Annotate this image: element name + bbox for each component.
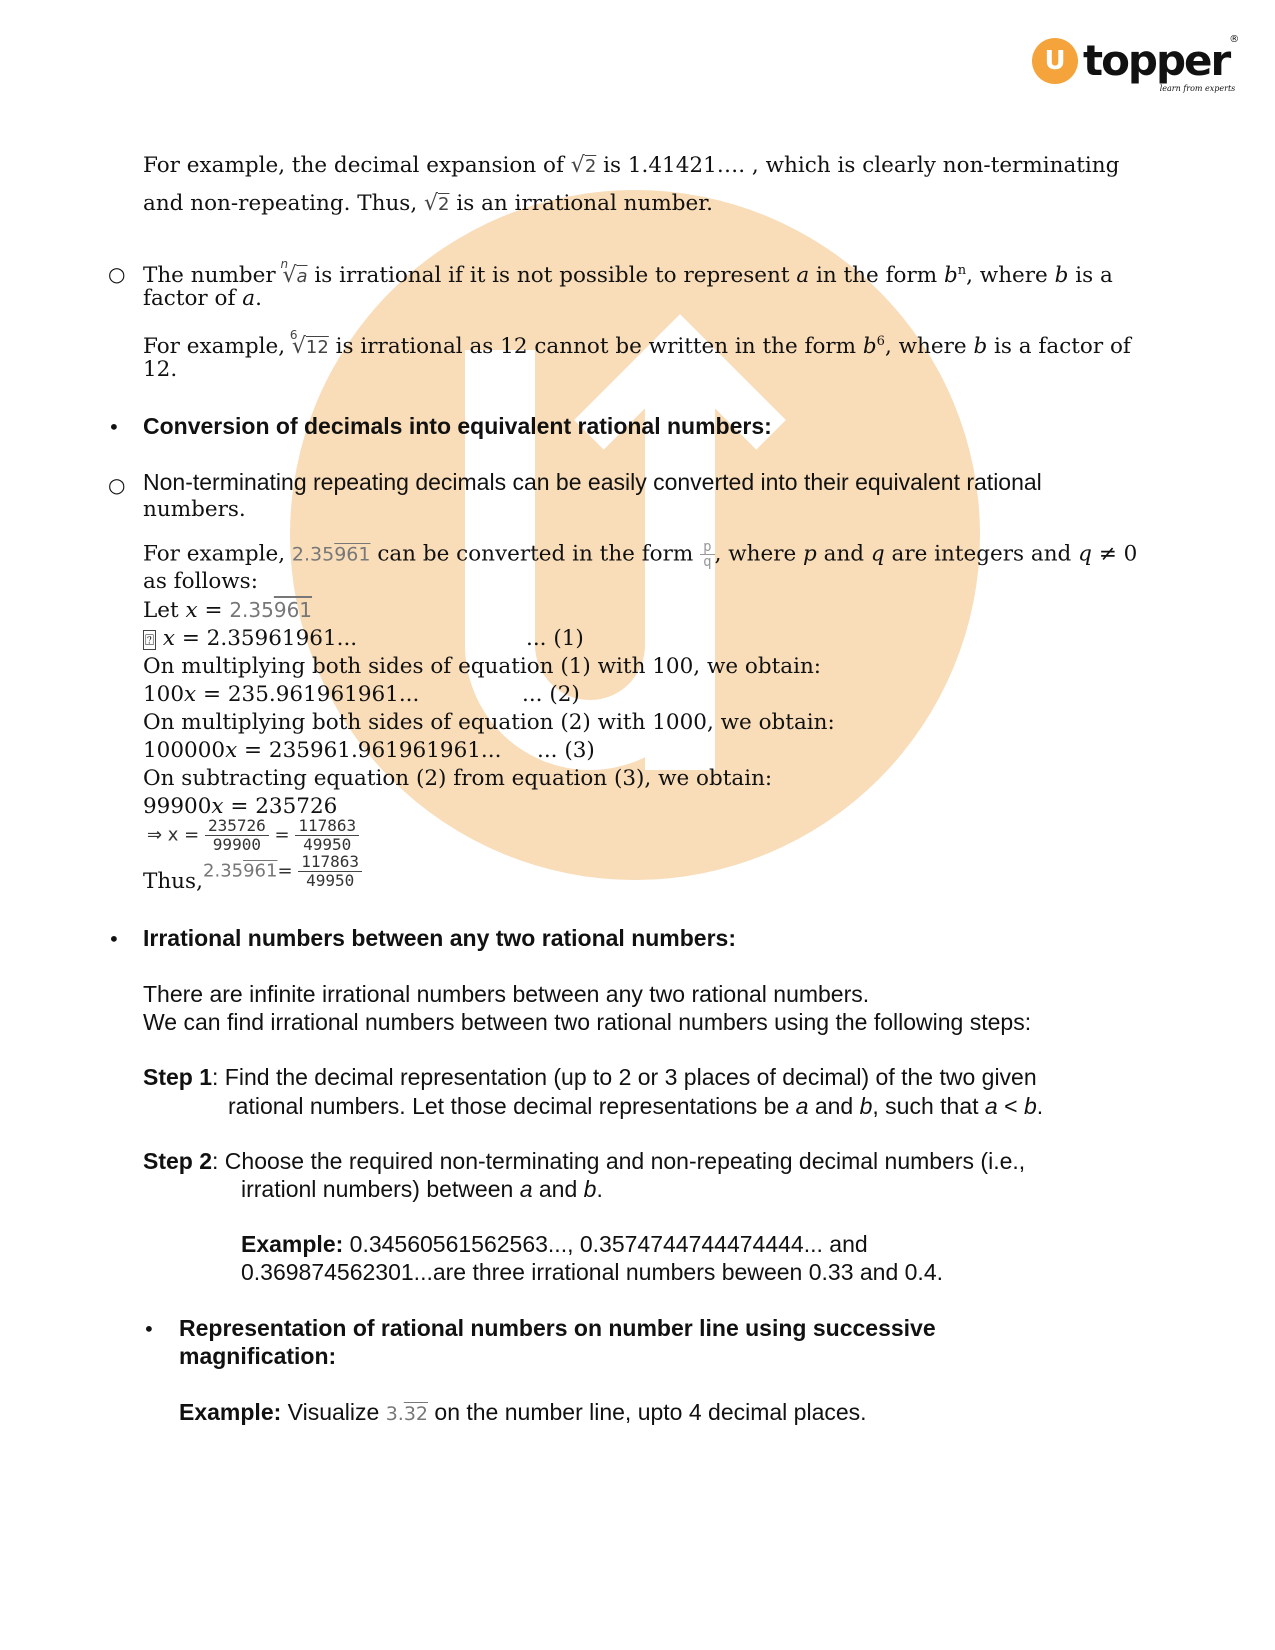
section-heading-irrational-between: Irrational numbers between any two ratio…: [143, 924, 736, 952]
multiply-1000-line: On multiplying both sides of equation (2…: [143, 709, 835, 737]
u-arrow-icon: U: [1032, 38, 1078, 84]
nth-root-line1: The number n√a is irrational if it is no…: [143, 257, 1113, 291]
section-heading-representation-line2: magnification:: [179, 1342, 336, 1370]
equation-3-line: 100000x = 235961.961961961...: [143, 737, 501, 765]
fraction-235726-99900: 23572699900: [205, 817, 269, 854]
logo-tagline: learn from experts: [1160, 84, 1236, 93]
final-result: 2.35961= 11786349950: [203, 853, 362, 890]
document-page: U topper ® learn from experts For exampl…: [0, 0, 1275, 1650]
nth-root-line2: factor of a.: [143, 285, 262, 313]
equation-2-line: 100x = 235.961961961...: [143, 681, 419, 709]
nth-root-a: n√a: [282, 262, 307, 291]
hollow-bullet-icon: ○: [108, 471, 125, 499]
multiply-100-line: On multiplying both sides of equation (1…: [143, 653, 821, 681]
p-over-q-fraction: pq: [700, 540, 714, 569]
visualize-example-line: Example: Visualize 3.32 on the number li…: [179, 1398, 867, 1428]
let-x-line: Let x = 2.35961: [143, 596, 312, 625]
irrational-example-line1: Example: 0.34560561562563..., 0.35747447…: [241, 1230, 868, 1258]
conversion-intro-line2: numbers.: [143, 496, 246, 524]
bullet-icon: •: [108, 413, 120, 441]
find-irrationals-line: We can find irrational numbers between t…: [143, 1008, 1031, 1036]
bullet-icon: •: [108, 925, 120, 953]
square-root-2: √2: [571, 152, 596, 181]
text: and non-repeating. Thus,: [143, 191, 424, 216]
logo-text: topper: [1083, 40, 1229, 82]
text: is 1.41421…. , which is clearly non-term…: [596, 153, 1119, 178]
hollow-bullet-icon: ○: [108, 260, 125, 288]
infinite-irrationals-line: There are infinite irrational numbers be…: [143, 980, 869, 1008]
conversion-example-line1: For example, 2.35961 can be converted in…: [143, 540, 1137, 569]
conversion-example-line2: as follows:: [143, 568, 258, 596]
step-1-line1: Step 1: Find the decimal representation …: [143, 1063, 1037, 1091]
conversion-intro-line1: Non-terminating repeating decimals can b…: [143, 468, 1042, 496]
irrational-example-line2: 0.369874562301...are three irrational nu…: [241, 1258, 943, 1286]
equation-2-label: ... (2): [522, 681, 580, 709]
step-1-line2: rational numbers. Let those decimal repr…: [228, 1092, 1043, 1120]
fraction-117863-49950-final: 11786349950: [298, 853, 362, 890]
registered-mark: ®: [1229, 34, 1239, 45]
sixth-root-12: 6√12: [292, 333, 329, 362]
fraction-117863-49950: 11786349950: [295, 817, 359, 854]
equation-1-line: ⍰ x = 2.35961961...: [143, 625, 357, 654]
subtract-line: On subtracting equation (2) from equatio…: [143, 765, 772, 793]
text: is an irrational number.: [450, 191, 713, 216]
text: For example, the decimal expansion of: [143, 153, 571, 178]
missing-glyph-icon: ⍰: [143, 630, 156, 650]
repeating-decimal: 2.35961: [292, 544, 371, 566]
step-2-line2: irrationl numbers) between a and b.: [241, 1175, 603, 1203]
square-root-2: √2: [424, 190, 449, 219]
topper-logo: U topper ® learn from experts: [1032, 38, 1229, 84]
sixth-root-example-line2: 12.: [143, 356, 177, 384]
sixth-root-example-line1: For example, 6√12 is irrational as 12 ca…: [143, 328, 1131, 362]
equation-1-label: ... (1): [526, 625, 584, 653]
thus-line: Thus,: [143, 868, 203, 896]
bullet-icon: •: [143, 1315, 155, 1343]
sqrt2-example-line2: and non-repeating. Thus, √2 is an irrati…: [143, 190, 713, 219]
section-heading-representation: Representation of rational numbers on nu…: [179, 1314, 936, 1342]
sqrt2-example-line1: For example, the decimal expansion of √2…: [143, 152, 1119, 181]
x-fraction-line: ⇒ x = 23572699900 = 11786349950: [147, 817, 359, 854]
section-heading-conversion: Conversion of decimals into equivalent r…: [143, 412, 772, 440]
equation-3-label: ... (3): [537, 737, 595, 765]
step-2-line1: Step 2: Choose the required non-terminat…: [143, 1147, 1025, 1175]
repeating-decimal-3-32: 3.32: [386, 1403, 428, 1425]
